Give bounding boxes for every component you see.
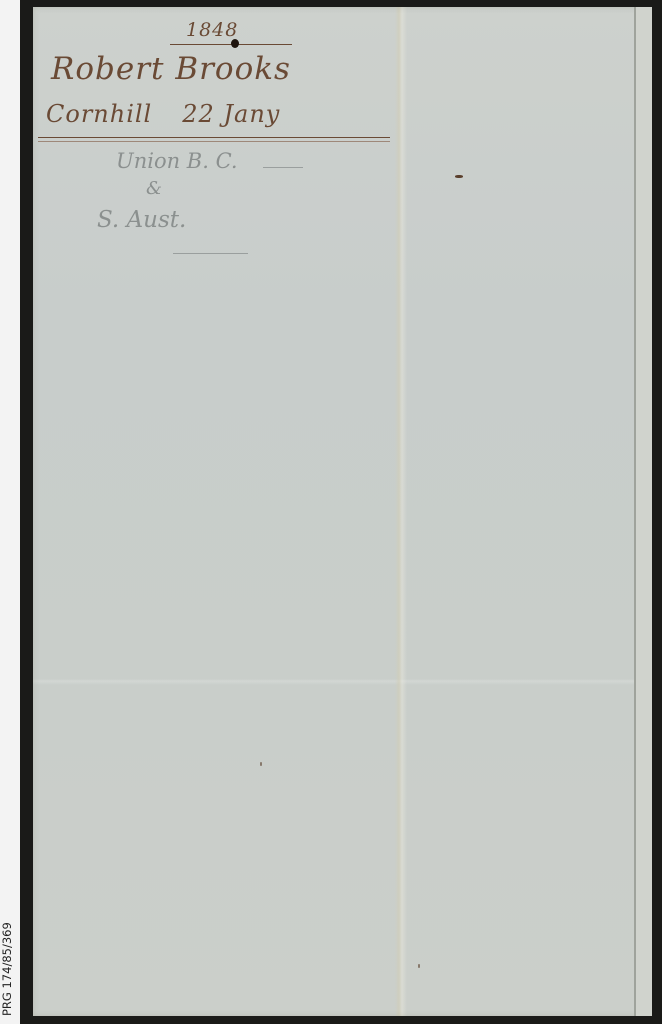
document-year: 1848 xyxy=(186,19,238,41)
header-rule-secondary xyxy=(38,141,390,142)
paper-speck xyxy=(260,762,262,766)
archive-reference: PRG 174/85/369 xyxy=(0,922,14,1016)
page-edge-strip xyxy=(634,7,652,1016)
archive-label-strip: PRG 174/85/369 xyxy=(0,0,20,1024)
pencil-underline xyxy=(173,253,248,254)
pencil-note-line-1: Union B. C. xyxy=(116,149,238,173)
place: Cornhill xyxy=(46,100,152,128)
date: 22 Jany xyxy=(182,100,280,128)
ink-blot xyxy=(231,39,239,48)
pencil-note-line-2: & xyxy=(146,178,162,199)
pencil-note-line-3: S. Aust. xyxy=(97,207,186,233)
place-and-date: Cornhill22 Jany xyxy=(46,100,280,128)
header-rule xyxy=(38,137,390,138)
document-page: 1848 Robert Brooks Cornhill22 Jany Union… xyxy=(33,7,652,1016)
paper-speck xyxy=(455,175,463,178)
pencil-dash xyxy=(263,167,303,168)
paper-speck xyxy=(418,964,420,968)
correspondent-name: Robert Brooks xyxy=(51,51,291,87)
